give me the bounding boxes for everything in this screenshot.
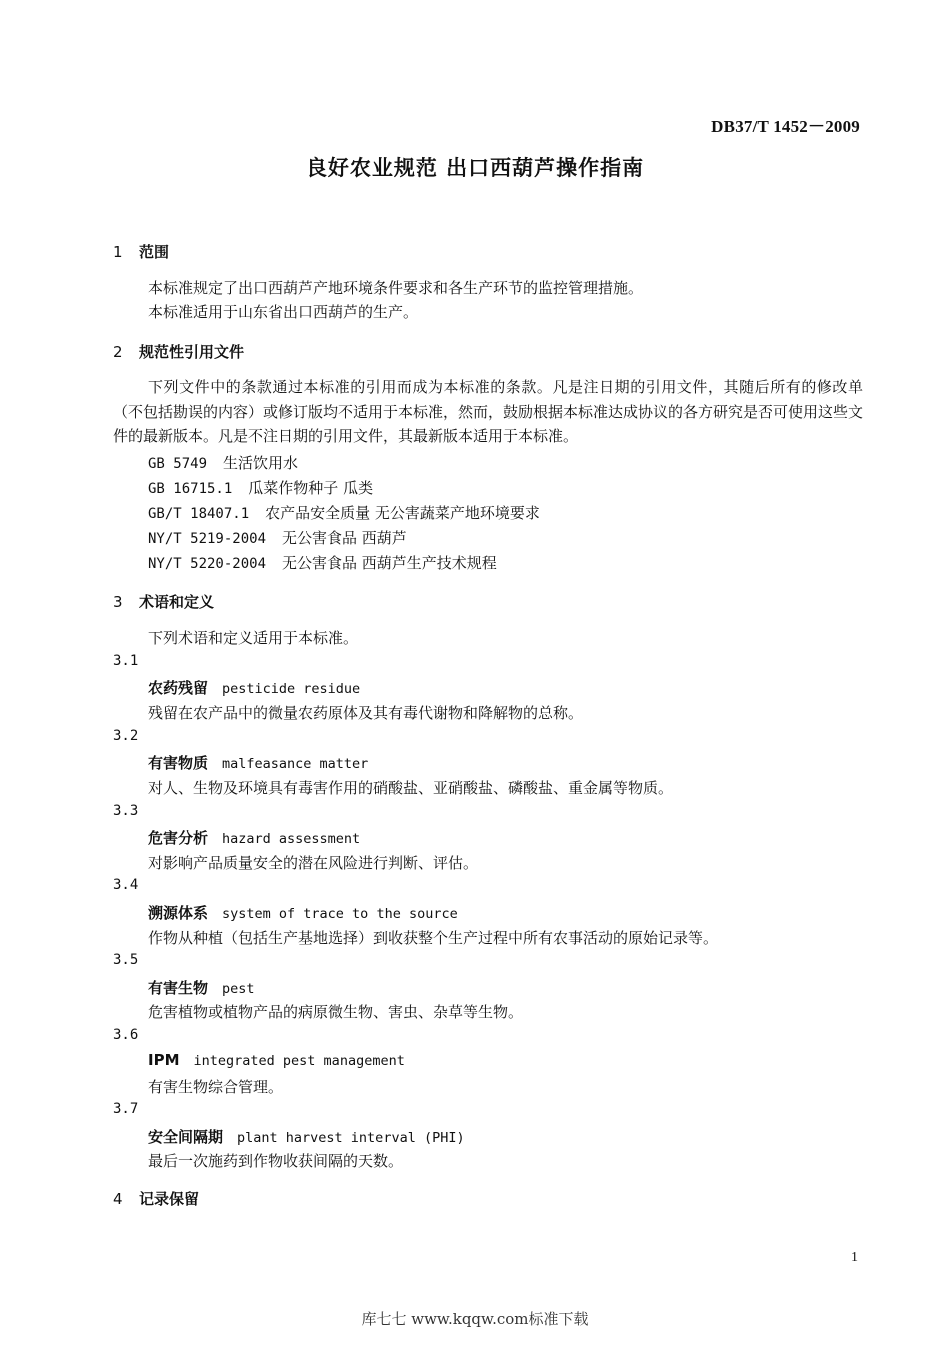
paragraph: 下列术语和定义适用于本标准。 [148, 626, 358, 650]
page-number: 1 [851, 1250, 858, 1266]
term-en: system of trace to the source [222, 906, 458, 922]
term-definition: 危害植物或植物产品的病原微生物、害虫、杂草等生物。 [148, 1001, 523, 1022]
reference-item: NY/T 5219-2004无公害食品 西葫芦 [148, 527, 407, 548]
reference-item: GB/T 18407.1农产品安全质量 无公害蔬菜产地环境要求 [148, 502, 540, 523]
clause-number: 3.2 [113, 728, 138, 744]
term-entry: 溯源体系system of trace to the source [148, 902, 458, 923]
term-en: pesticide residue [222, 681, 360, 697]
document-title: 良好农业规范 出口西葫芦操作指南 [0, 152, 950, 182]
term-en: pest [222, 981, 255, 997]
section-heading-scope: 1范围 [113, 241, 169, 262]
term-zh: 有害生物 [148, 979, 208, 997]
term-entry: IPMintegrated pest management [148, 1051, 405, 1069]
reference-title: 生活饮用水 [223, 454, 298, 472]
section-title: 术语和定义 [139, 593, 214, 611]
section-number: 1 [113, 243, 139, 261]
term-definition: 最后一次施药到作物收获间隔的天数。 [148, 1150, 403, 1171]
clause-number: 3.3 [113, 803, 138, 819]
clause-number: 3.4 [113, 877, 138, 893]
term-entry: 安全间隔期plant harvest interval (PHI) [148, 1126, 465, 1147]
term-entry: 有害生物pest [148, 977, 255, 998]
term-en: hazard assessment [222, 831, 360, 847]
reference-code: NY/T 5220-2004 [148, 556, 266, 572]
term-zh: 溯源体系 [148, 904, 208, 922]
section-title: 记录保留 [139, 1190, 199, 1208]
section-heading-record-keeping: 4记录保留 [113, 1188, 199, 1209]
paragraph: 下列文件中的条款通过本标准的引用而成为本标准的条款。凡是注日期的引用文件，其随后… [113, 375, 863, 449]
section-title: 范围 [139, 243, 169, 261]
reference-title: 无公害食品 西葫芦 [282, 529, 407, 547]
clause-number: 3.7 [113, 1101, 138, 1117]
clause-number: 3.5 [113, 952, 138, 968]
section-number: 4 [113, 1190, 139, 1208]
clause-number: 3.1 [113, 653, 138, 669]
reference-item: GB 16715.1瓜菜作物种子 瓜类 [148, 477, 373, 498]
paragraph: 本标准适用于山东省出口西葫芦的生产。 [148, 300, 418, 324]
term-zh: 危害分析 [148, 829, 208, 847]
reference-title: 瓜菜作物种子 瓜类 [248, 479, 373, 497]
reference-code: NY/T 5219-2004 [148, 531, 266, 547]
reference-title: 无公害食品 西葫芦生产技术规程 [282, 554, 497, 572]
term-definition: 作物从种植（包括生产基地选择）到收获整个生产过程中所有农事活动的原始记录等。 [148, 927, 718, 948]
reference-code: GB 5749 [148, 456, 207, 472]
section-heading-normative-references: 2规范性引用文件 [113, 341, 244, 362]
term-definition: 对影响产品质量安全的潜在风险进行判断、评估。 [148, 852, 478, 873]
section-title: 规范性引用文件 [139, 343, 244, 361]
section-number: 3 [113, 593, 139, 611]
term-definition: 有害生物综合管理。 [148, 1076, 283, 1097]
reference-item: GB 5749生活饮用水 [148, 452, 298, 473]
term-entry: 农药残留pesticide residue [148, 677, 360, 698]
standard-code: DB37/T 1452－2009 [711, 112, 860, 137]
term-entry: 有害物质malfeasance matter [148, 752, 368, 773]
term-zh: 有害物质 [148, 754, 208, 772]
term-zh: 安全间隔期 [148, 1128, 223, 1146]
footer-watermark: 库七七 www.kqqw.com标准下载 [0, 1308, 950, 1329]
term-zh: IPM [148, 1051, 180, 1069]
term-en: plant harvest interval (PHI) [237, 1130, 465, 1146]
term-definition: 对人、生物及环境具有毒害作用的硝酸盐、亚硝酸盐、磷酸盐、重金属等物质。 [148, 777, 673, 798]
clause-number: 3.6 [113, 1027, 138, 1043]
section-heading-terms-definitions: 3术语和定义 [113, 591, 214, 612]
term-zh: 农药残留 [148, 679, 208, 697]
term-entry: 危害分析hazard assessment [148, 827, 360, 848]
section-number: 2 [113, 343, 139, 361]
reference-title: 农产品安全质量 无公害蔬菜产地环境要求 [265, 504, 540, 522]
term-en: integrated pest management [194, 1053, 405, 1069]
paragraph: 本标准规定了出口西葫芦产地环境条件要求和各生产环节的监控管理措施。 [148, 276, 643, 300]
term-definition: 残留在农产品中的微量农药原体及其有毒代谢物和降解物的总称。 [148, 702, 583, 723]
reference-code: GB/T 18407.1 [148, 506, 249, 522]
reference-code: GB 16715.1 [148, 481, 232, 497]
term-en: malfeasance matter [222, 756, 368, 772]
reference-item: NY/T 5220-2004无公害食品 西葫芦生产技术规程 [148, 552, 497, 573]
